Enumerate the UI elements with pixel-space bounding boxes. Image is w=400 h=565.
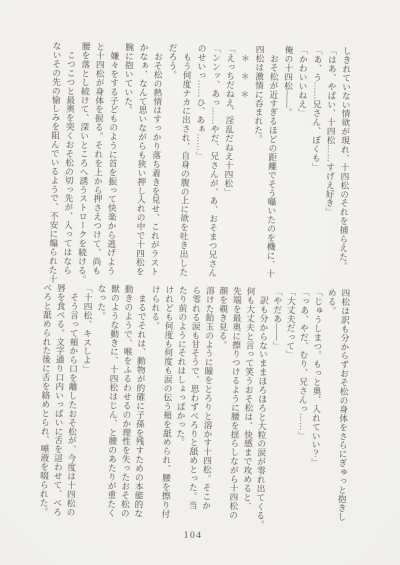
text-column: 四松は訳も分からずおそ松の身体をさらにぎゅっと抱きし [334, 288, 352, 528]
page-number: 104 [0, 527, 391, 544]
text-block-bottom: 四松は訳も分からずおそ松の身体をさらにぎゅっと抱きしめる。「じゅうしまつ。もっと… [34, 283, 352, 528]
text-block-top: しきれていない情欲が現れ、十四松のそれを捕らえた。「はあ、やばい、十四松……すげ… [44, 41, 354, 284]
scanned-page-content: しきれていない情欲が現れ、十四松のそれを捕らえた。「はあ、やばい、十四松……すげ… [0, 0, 400, 565]
book-page: しきれていない情欲が現れ、十四松のそれを捕らえた。「はあ、やばい、十四松……すげ… [0, 0, 400, 565]
